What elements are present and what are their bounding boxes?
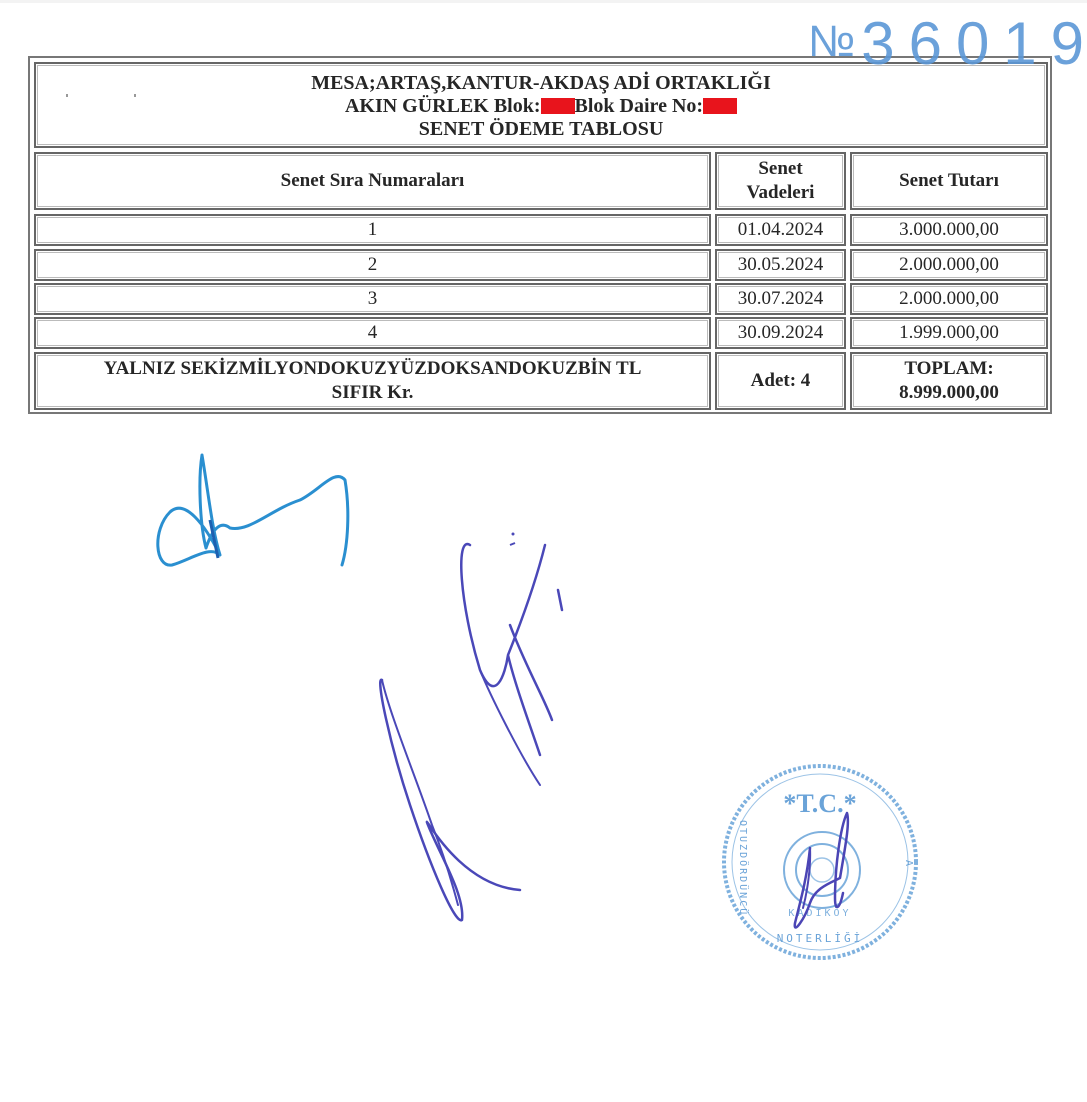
count-cell: Adet: 4 <box>715 352 846 410</box>
row-amount: 2.000.000,00 <box>852 251 1046 279</box>
row-amount: 3.000.000,00 <box>852 216 1046 244</box>
amount-in-words-cell: YALNIZ SEKİZMİLYONDOKUZYÜZDOKSANDOKUZBİN… <box>34 352 711 410</box>
apartment-label: Blok Daire No: <box>575 95 704 117</box>
row-amount: 1.999.000,00 <box>852 319 1046 347</box>
column-header-text: Senet Sıra Numaraları <box>36 154 709 208</box>
amount-in-words: YALNIZ SEKİZMİLYONDOKUZYÜZDOKSANDOKUZBİN… <box>104 357 642 381</box>
row-due-date: 01.04.2024 <box>717 216 844 244</box>
row-amount: 2.000.000,00 <box>852 285 1046 313</box>
row-due-date: 30.05.2024 <box>717 251 844 279</box>
row-number: 4 <box>36 319 709 347</box>
seal-right-text: A <box>903 860 914 866</box>
row-due-date: 30.07.2024 <box>717 285 844 313</box>
row-number: 1 <box>36 216 709 244</box>
redacted-apartment-no <box>703 98 737 114</box>
column-header-text: Senet Tutarı <box>852 154 1046 208</box>
top-edge <box>0 0 1087 3</box>
serial-number-stamp: №36019 <box>808 14 1087 74</box>
row-number: 3 <box>36 285 709 313</box>
owner-block-label: AKIN GÜRLEK Blok: <box>345 95 541 117</box>
total-value: 8.999.000,00 <box>899 381 999 405</box>
signature-2 <box>370 525 570 935</box>
column-header-due-date: Senet Vadeleri <box>715 152 846 210</box>
total-cell: TOPLAM: 8.999.000,00 <box>850 352 1048 410</box>
column-header-sequence: Senet Sıra Numaraları <box>34 152 711 210</box>
column-header-text: Senet <box>758 157 802 181</box>
amount-in-words-cents: SIFIR Kr. <box>332 381 414 405</box>
table-title: SENET ÖDEME TABLOSU <box>36 118 1046 141</box>
redacted-block <box>541 98 575 114</box>
seal-left-text: OTUZDÖRDÜNCÜ <box>737 820 750 916</box>
serial-number: 36019 <box>861 10 1087 77</box>
note-count: Adet: 4 <box>717 354 844 408</box>
payment-table-document: MESA;ARTAŞ,KANTUR-AKDAŞ ADİ ORTAKLIĞI AK… <box>28 56 1052 414</box>
numero-symbol: № <box>808 17 855 66</box>
column-header-amount: Senet Tutarı <box>850 152 1048 210</box>
total-label: TOPLAM: <box>904 357 993 381</box>
signature-3 <box>785 808 865 938</box>
row-due-date: 30.09.2024 <box>717 319 844 347</box>
block-line: AKIN GÜRLEK Blok:Blok Daire No: <box>36 95 1046 118</box>
column-header-text: Vadeleri <box>747 181 815 205</box>
row-number: 2 <box>36 251 709 279</box>
signature-1 <box>150 450 365 580</box>
